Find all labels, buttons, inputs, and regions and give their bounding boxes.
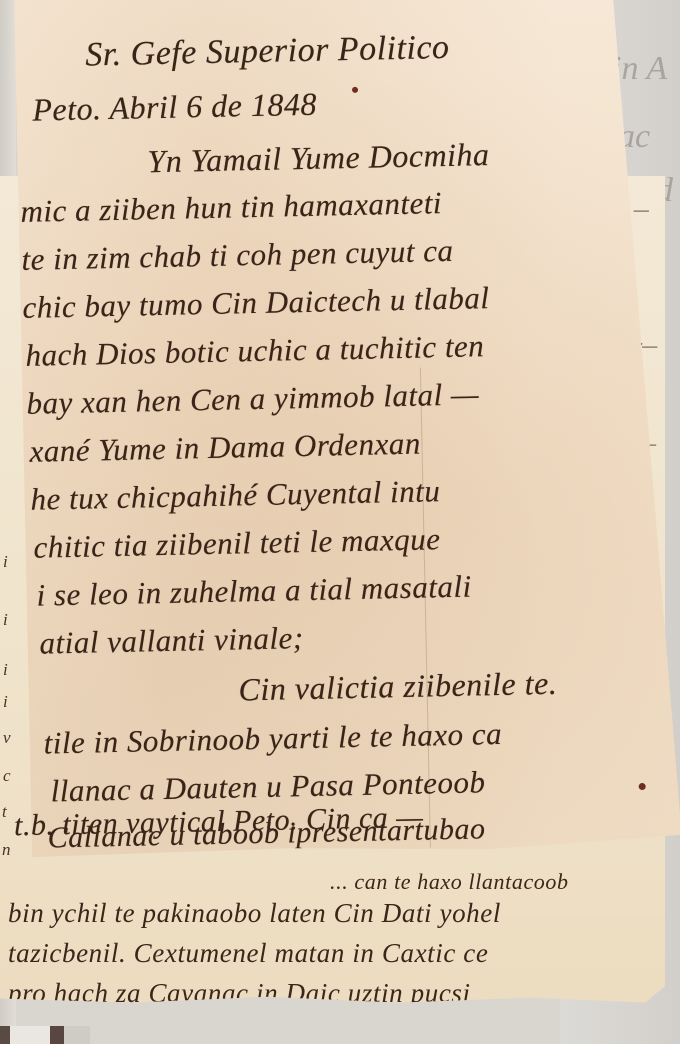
letter-line: he tux chicpahihé Cuyental intu xyxy=(30,473,440,518)
underlying-material-edge xyxy=(0,1026,90,1044)
letter-line: i se leo in zuhelma a tial masatali xyxy=(36,569,472,614)
lower-sheet-line: ... can te haxo llantacoob xyxy=(330,869,569,895)
letter-line: hach Dios botic uchic a tuchitic ten xyxy=(25,328,484,374)
letter-addressee: Sr. Gefe Superior Politico xyxy=(85,29,450,75)
left-margin-fragment: i xyxy=(3,610,8,630)
ink-stain xyxy=(639,783,646,790)
letter-line: chitic tia ziibenil teti le maxque xyxy=(33,521,441,566)
letter-place-date: Peto. Abril 6 de 1848 xyxy=(32,86,317,129)
ink-stain xyxy=(352,87,358,93)
letter-line: mic a ziiben hun tin hamaxanteti xyxy=(20,185,442,230)
letter-line: xané Yume in Dama Ordenxan xyxy=(29,426,421,470)
left-margin-fragment: i xyxy=(3,660,8,680)
letter-line: tile in Sobrinoob yarti le te haxo ca xyxy=(43,716,502,762)
letter-line: atial vallanti vinale; xyxy=(39,620,304,662)
letter-top-sheet: Sr. Gefe Superior Politico Peto. Abril 6… xyxy=(14,0,680,866)
back-sheet-fragment: in A xyxy=(612,50,667,88)
lower-sheet-line: bin ychil te pakinaobo laten Cin Dati yo… xyxy=(8,898,501,929)
left-margin-fragment: t xyxy=(2,802,7,822)
left-margin-fragment: i xyxy=(3,552,8,572)
letter-line: te in zim chab ti coh pen cuyut ca xyxy=(21,233,454,278)
letter-line: Cin valictia ziibenile te. xyxy=(238,665,557,709)
left-margin-fragment: n xyxy=(2,840,11,860)
lower-sheet-line: tazicbenil. Cextumenel matan in Caxtic c… xyxy=(8,938,488,969)
letter-line: bay xan hen Cen a yimmob latal — xyxy=(26,376,479,421)
left-margin-fragment: c xyxy=(3,766,11,786)
left-margin-fragment: i xyxy=(3,692,8,712)
letter-line: Yn Yamail Yume Docmiha xyxy=(147,136,490,180)
manuscript-scene: in A ac d e — u i lv— i e i — i i i i v … xyxy=(0,0,680,1044)
lower-sheet-line: pro hach za Cayanac in Daic uztin pucsi xyxy=(8,978,471,1009)
left-margin-fragment: v xyxy=(3,728,11,748)
letter-line: chic bay tumo Cin Daictech u tlabal xyxy=(22,280,490,326)
